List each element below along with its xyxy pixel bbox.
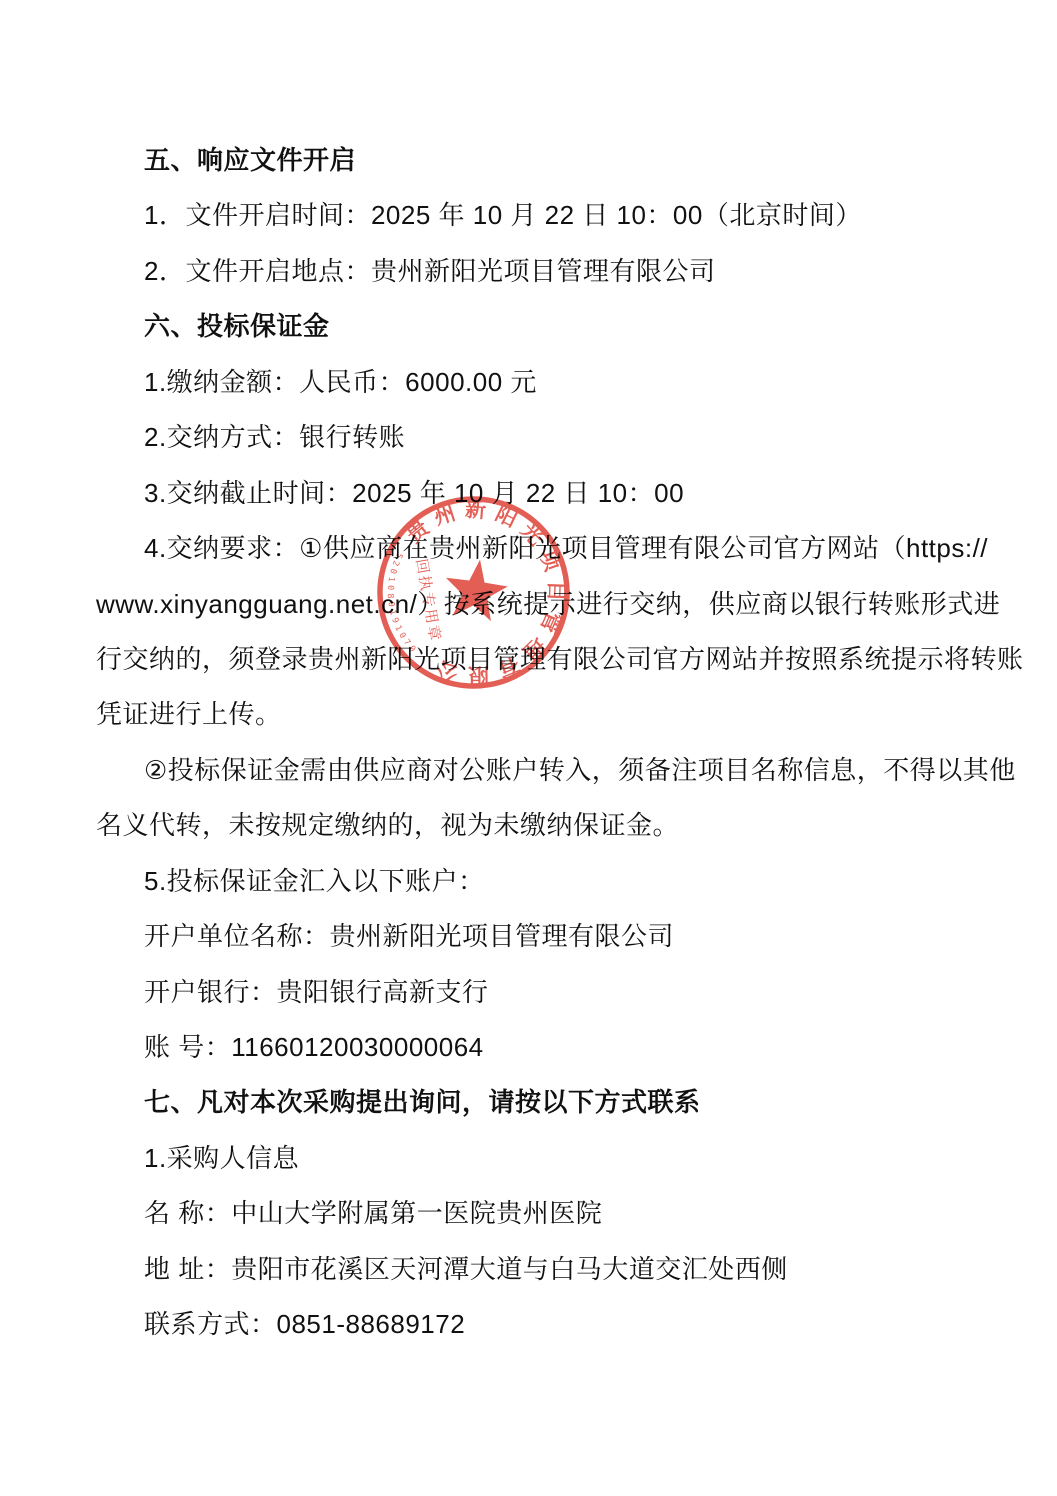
line-deposit-note-1: ②投标保证金需由供应商对公账户转入，须备注项目名称信息，不得以其他 bbox=[96, 743, 963, 798]
line-purchaser-name: 名 称：中山大学附属第一医院贵州医院 bbox=[96, 1186, 963, 1241]
line-deposit-req-3: 行交纳的，须登录贵州新阳光项目管理有限公司官方网站并按照系统提示将转账 bbox=[96, 632, 963, 687]
line-purchaser-info-head: 1.采购人信息 bbox=[96, 1131, 963, 1186]
section-heading-5: 五、响应文件开启 bbox=[96, 133, 963, 188]
line-deposit-note-2: 名义代转，未按规定缴纳的，视为未缴纳保证金。 bbox=[96, 798, 963, 853]
line-account-bank: 开户银行：贵阳银行高新支行 bbox=[96, 965, 963, 1020]
line-deposit-req-1: 4.交纳要求：①供应商在贵州新阳光项目管理有限公司官方网站（https:// bbox=[96, 521, 963, 576]
line-account-name: 开户单位名称：贵州新阳光项目管理有限公司 bbox=[96, 909, 963, 964]
line-deposit-req-4: 凭证进行上传。 bbox=[96, 687, 963, 742]
document-body: 五、响应文件开启1．文件开启时间：2025 年 10 月 22 日 10：00（… bbox=[0, 0, 1057, 1353]
section-heading-7: 七、凡对本次采购提出询问，请按以下方式联系 bbox=[96, 1075, 963, 1130]
line-deposit-method: 2.交纳方式：银行转账 bbox=[96, 410, 963, 465]
section-heading-6: 六、投标保证金 bbox=[96, 299, 963, 354]
line-deposit-amount: 1.缴纳金额：人民币：6000.00 元 bbox=[96, 355, 963, 410]
line-deposit-req-2: www.xinyangguang.net.cn/）按系统提示进行交纳，供应商以银… bbox=[96, 577, 963, 632]
line-deposit-account-head: 5.投标保证金汇入以下账户： bbox=[96, 854, 963, 909]
line-deposit-deadline: 3.交纳截止时间：2025 年 10 月 22 日 10：00 bbox=[96, 466, 963, 521]
document-page: 五、响应文件开启1．文件开启时间：2025 年 10 月 22 日 10：00（… bbox=[0, 0, 1057, 1496]
line-open-time: 1．文件开启时间：2025 年 10 月 22 日 10：00（北京时间） bbox=[96, 188, 963, 243]
line-account-number: 账 号：11660120030000064 bbox=[96, 1020, 963, 1075]
line-purchaser-address: 地 址：贵阳市花溪区天河潭大道与白马大道交汇处西侧 bbox=[96, 1242, 963, 1297]
line-open-place: 2．文件开启地点：贵州新阳光项目管理有限公司 bbox=[96, 244, 963, 299]
line-purchaser-contact: 联系方式：0851-88689172 bbox=[96, 1297, 963, 1352]
